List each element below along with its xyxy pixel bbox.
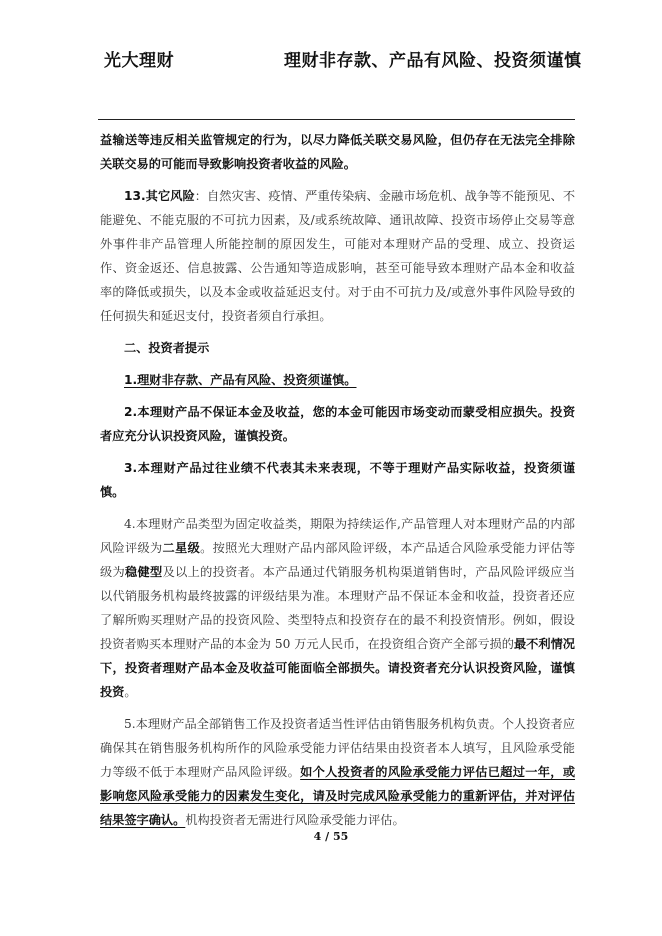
- tip-1: 1.理财非存款、产品有风险、投资须谨慎。: [100, 368, 575, 392]
- tip-2: 2.本理财产品不保证本金及收益，您的本金可能因市场变动而蒙受相应损失。投资者应充…: [100, 400, 575, 448]
- tip-1-text: 1.理财非存款、产品有风险、投资须谨慎。: [124, 373, 357, 387]
- document-page: 光大理财 理财非存款、产品有风险、投资须谨慎 益输送等违反相关监管规定的行为，以…: [0, 0, 662, 936]
- tip-4-text-c: 及以上的投资者。本产品通过代销服务机构渠道销售时，产品风险评级应当以代销服务机构…: [100, 565, 575, 651]
- paragraph-related-transaction-continued: 益输送等违反相关监管规定的行为，以尽力降低关联交易风险，但仍存在无法完全排除关联…: [100, 128, 575, 176]
- tip-5: 5.本理财产品全部销售工作及投资者适当性评估由销售服务机构负责。个人投资者应确保…: [100, 712, 575, 832]
- section-title-investor-tips: 二、投资者提示: [100, 336, 575, 360]
- tip-4-risk-rating: 二星级: [163, 541, 201, 555]
- other-risks-colon: ：: [195, 189, 207, 203]
- tip-4-risk-level: 稳健型: [125, 565, 163, 579]
- page-number: 4 / 55: [0, 830, 662, 843]
- paragraph-other-risks: 13.其它风险：自然灾害、疫情、严重传染病、金融市场危机、战争等不能预见、不能避…: [100, 184, 575, 328]
- header-brand: 光大理财: [104, 46, 174, 71]
- tip-3: 3.本理财产品过往业绩不代表其未来表现，不等于理财产品实际收益，投资须谨慎。: [100, 456, 575, 504]
- tip-4: 4.本理财产品类型为固定收益类，期限为持续运作,产品管理人对本理财产品的内部风险…: [100, 512, 575, 704]
- document-body: 益输送等违反相关监管规定的行为，以尽力降低关联交易风险，但仍存在无法完全排除关联…: [100, 128, 575, 840]
- header-divider: [98, 119, 575, 120]
- tip-4-end: 。: [124, 685, 136, 699]
- other-risks-label: 13.其它风险: [124, 189, 195, 203]
- tip-5-text-b: 机构投资者无需进行风险承受能力评估。: [185, 813, 404, 827]
- header-slogan: 理财非存款、产品有风险、投资须谨慎: [284, 46, 582, 71]
- other-risks-text: 自然灾害、疫情、严重传染病、金融市场危机、战争等不能预见、不能避免、不能克服的不…: [100, 189, 575, 323]
